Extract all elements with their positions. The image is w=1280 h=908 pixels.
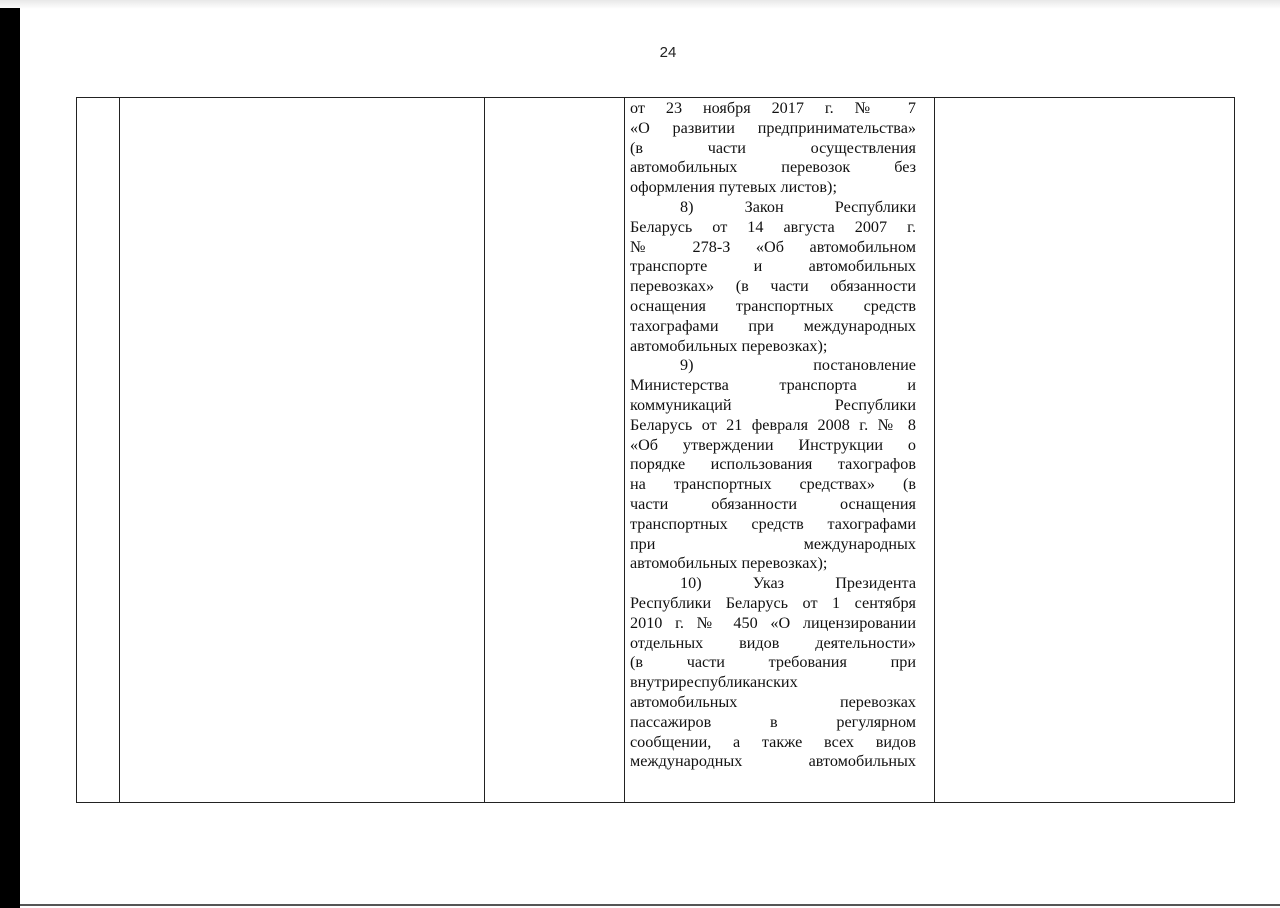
cell-text-line: «О развитии предпринимательства» — [630, 119, 916, 139]
column-divider-3 — [624, 98, 625, 802]
page-number: 24 — [0, 44, 1280, 61]
cell-text-line: 9) постановление — [630, 356, 916, 376]
column-divider-4 — [934, 98, 935, 802]
cell-text-line: отдельных видов деятельности» — [630, 634, 916, 654]
scan-left-edge — [0, 8, 20, 908]
cell-text-line: при международных — [630, 535, 916, 555]
cell-text-line: оснащения транспортных средств — [630, 297, 916, 317]
cell-text-line: (в части требования при — [630, 653, 916, 673]
cell-text-line: автомобильных перевозках); — [630, 337, 916, 357]
cell-text-line: порядке использования тахографов — [630, 455, 916, 475]
cell-text-line: транспорте и автомобильных — [630, 257, 916, 277]
cell-text-line: 10) Указ Президента — [630, 574, 916, 594]
cell-text-line: автомобильных перевозок без — [630, 158, 916, 178]
cell-text-line: 8) Закон Республики — [630, 198, 916, 218]
cell-text-line: оформления путевых листов); — [630, 178, 916, 198]
cell-text-line: перевозках» (в части обязанности — [630, 277, 916, 297]
document-table: от 23 ноября 2017 г. № 7«О развитии пред… — [76, 97, 1235, 803]
cell-text-line: Беларусь от 14 августа 2007 г. — [630, 218, 916, 238]
cell-text-line: транспортных средств тахографами — [630, 515, 916, 535]
cell-text-line: внутриреспубликанских — [630, 673, 916, 693]
cell-text-line: части обязанности оснащения — [630, 495, 916, 515]
cell-text-line: Беларусь от 21 февраля 2008 г. № 8 — [630, 416, 916, 436]
column-divider-2 — [484, 98, 485, 802]
cell-text-line: тахографами при международных — [630, 317, 916, 337]
cell-text-line: пассажиров в регулярном — [630, 713, 916, 733]
cell-text-line: от 23 ноября 2017 г. № 7 — [630, 99, 916, 119]
cell-text-line: автомобильных перевозках); — [630, 554, 916, 574]
cell-text-line: (в части осуществления — [630, 139, 916, 159]
scan-top-shadow — [0, 0, 1280, 9]
cell-text-line: на транспортных средствах» (в — [630, 475, 916, 495]
legal-acts-cell: от 23 ноября 2017 г. № 7«О развитии пред… — [630, 99, 916, 772]
cell-text-line: коммуникаций Республики — [630, 396, 916, 416]
cell-text-line: сообщении, а также всех видов — [630, 733, 916, 753]
cell-text-line: «Об утверждении Инструкции о — [630, 436, 916, 456]
cell-text-line: Республики Беларусь от 1 сентября — [630, 594, 916, 614]
scan-bottom-edge — [20, 904, 1280, 906]
cell-text-line: 2010 г. № 450 «О лицензировании — [630, 614, 916, 634]
column-divider-1 — [119, 98, 120, 802]
cell-text-line: международных автомобильных — [630, 752, 916, 772]
cell-text-line: № 278-З «Об автомобильном — [630, 238, 916, 258]
cell-text-line: Министерства транспорта и — [630, 376, 916, 396]
cell-text-line: автомобильных перевозках — [630, 693, 916, 713]
